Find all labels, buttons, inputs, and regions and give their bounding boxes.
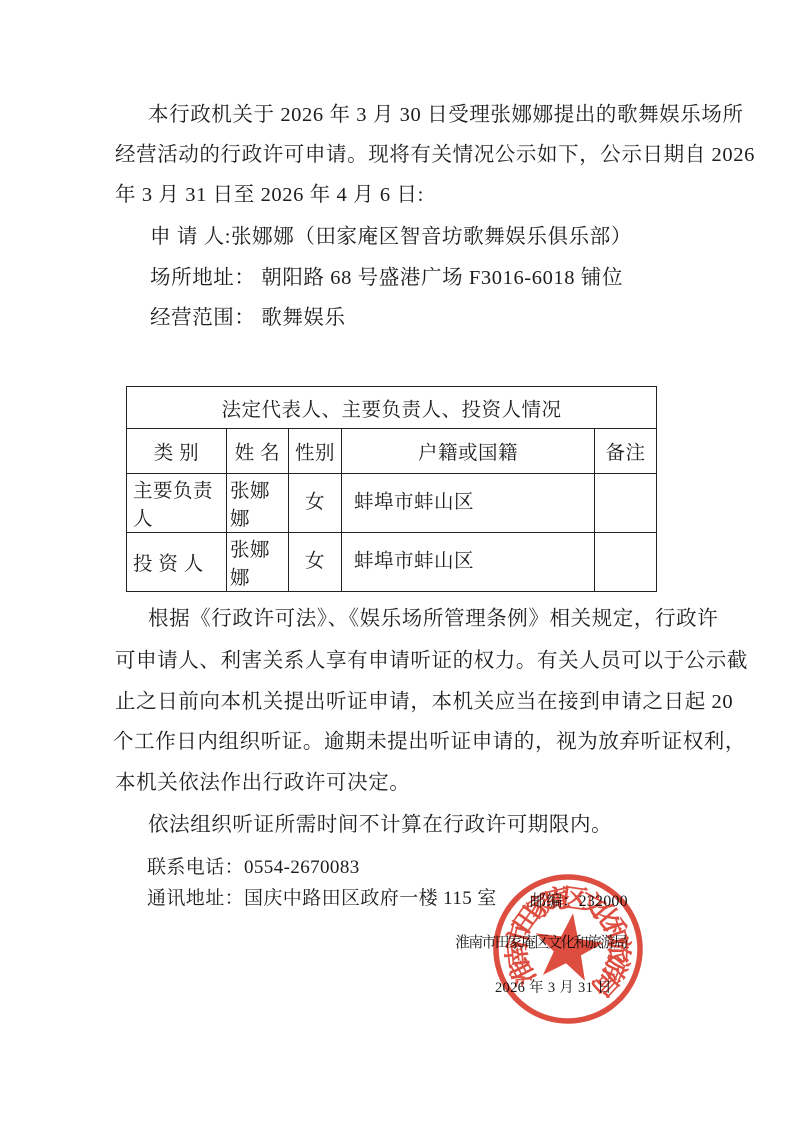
table-title-row: 法定代表人、主要负责人、投资人情况 — [127, 387, 657, 429]
persons-table: 法定代表人、主要负责人、投资人情况 类 别 姓 名 性别 户籍或国籍 备注 主要… — [126, 386, 657, 592]
para1-line-1: 本行政机关于 2026 年 3 月 30 日受理张娜娜提出的歌舞娱乐场所 — [148, 104, 744, 127]
para2-line-2: 可申请人、利害关系人享有申请听证的权力。有关人员可以于公示截 — [115, 650, 748, 673]
header-sex: 性别 — [289, 429, 342, 474]
cell-residence: 蚌埠市蚌山区 — [342, 533, 595, 592]
header-type: 类 别 — [127, 429, 227, 474]
table-row: 主要负责人 张娜娜 女 蚌埠市蚌山区 — [127, 474, 657, 533]
cell-note — [595, 533, 657, 592]
para2-line-1: 根据《行政许可法》、《娱乐场所管理条例》相关规定，行政许 — [148, 608, 718, 631]
postal-code-line: 邮编：232000 — [530, 890, 628, 913]
para2-line-3: 止之日前向本机关提出听证申请，本机关应当在接到申请之日起 20 — [115, 691, 733, 714]
contact-phone-line: 联系电话：0554-2670083 — [147, 856, 360, 879]
cell-residence: 蚌埠市蚌山区 — [342, 474, 595, 533]
table-row: 投 资 人 张娜娜 女 蚌埠市蚌山区 — [127, 533, 657, 592]
para1-line-3: 年 3 月 31 日至 2026 年 4 月 6 日: — [115, 184, 424, 207]
issue-date: 2026 年 3 月 31 日 — [495, 977, 612, 1000]
cell-type: 投 资 人 — [127, 533, 227, 592]
cell-name: 张娜娜 — [227, 533, 289, 592]
cell-name: 张娜娜 — [227, 474, 289, 533]
premises-address-line: 场所地址： 朝阳路 68 号盛港广场 F3016-6018 铺位 — [150, 267, 623, 290]
para3-line: 依法组织听证所需时间不计算在行政许可期限内。 — [148, 814, 612, 837]
para2-line-5: 本机关依法作出行政许可决定。 — [115, 772, 410, 795]
cell-sex: 女 — [289, 533, 342, 592]
para2-line-4: 个工作日内组织听证。逾期未提出听证申请的，视为放弃听证权利， — [113, 731, 746, 754]
header-note: 备注 — [595, 429, 657, 474]
document-page: 本行政机关于 2026 年 3 月 30 日受理张娜娜提出的歌舞娱乐场所 经营活… — [0, 0, 793, 1121]
table-title: 法定代表人、主要负责人、投资人情况 — [127, 387, 657, 429]
header-name: 姓 名 — [227, 429, 289, 474]
para1-line-2: 经营活动的行政许可申请。现将有关情况公示如下，公示日期自 2026 — [115, 144, 755, 167]
header-residence: 户籍或国籍 — [342, 429, 595, 474]
business-scope-line: 经营范围： 歌舞娱乐 — [150, 307, 346, 330]
issuing-authority: 淮南市田家庵区文化和旅游局 — [455, 932, 627, 955]
cell-note — [595, 474, 657, 533]
contact-address-line: 通讯地址：国庆中路田区政府一楼 115 室 — [147, 887, 497, 910]
cell-type: 主要负责人 — [127, 474, 227, 533]
table-header-row: 类 别 姓 名 性别 户籍或国籍 备注 — [127, 429, 657, 474]
cell-sex: 女 — [289, 474, 342, 533]
applicant-line: 申 请 人:张娜娜（田家庵区智音坊歌舞娱乐俱乐部） — [150, 226, 632, 249]
